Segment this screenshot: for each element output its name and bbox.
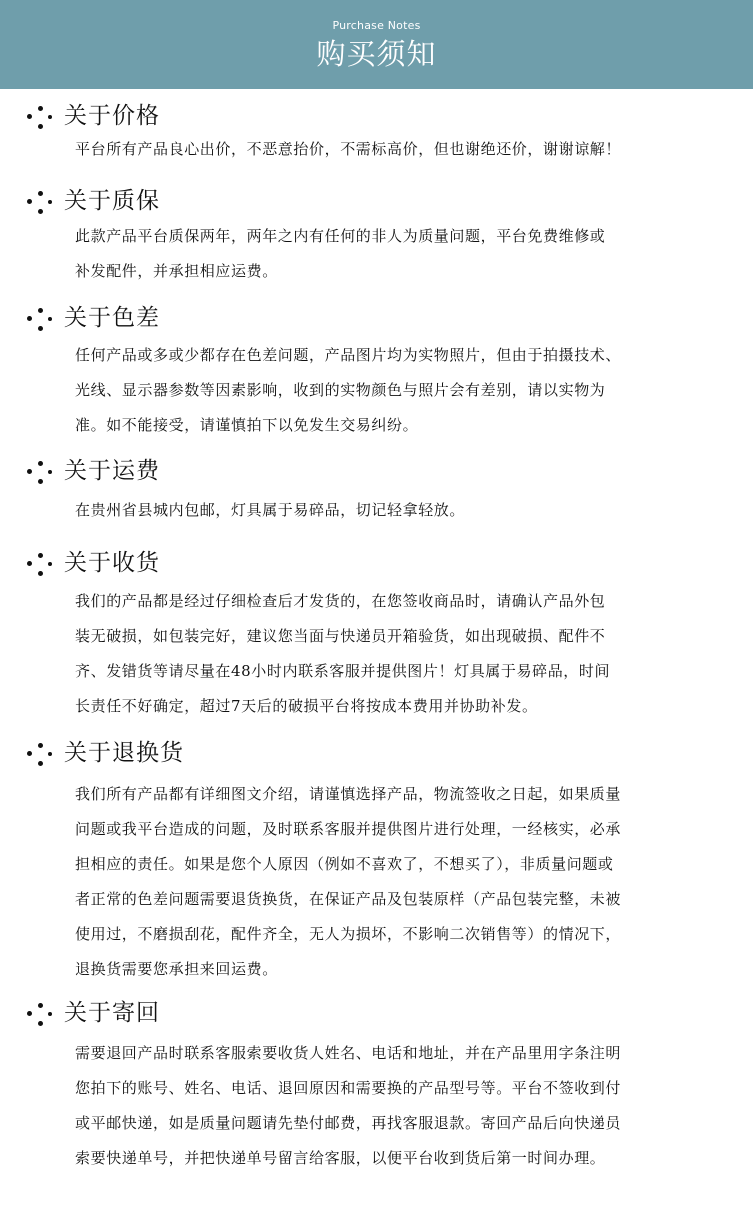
body-line: 此款产品平台质保两年，两年之内有任何的非人为质量问题，平台免费维修或 [75,219,715,254]
body-line: 补发配件，并承担相应运费。 [75,254,715,289]
section-body: 此款产品平台质保两年，两年之内有任何的非人为质量问题，平台免费维修或 补发配件，… [75,219,715,289]
body-line: 光线、显示器参数等因素影响，收到的实物颜色与照片会有差别，请以实物为 [75,373,715,408]
purchase-notes-banner: Purchase Notes 购买须知 [0,0,753,89]
body-line: 我们的产品都是经过仔细检查后才发货的，在您签收商品时，请确认产品外包 [75,584,715,619]
four-dot-bullet-icon [22,1000,48,1026]
body-line: 担相应的责任。如果是您个人原因（例如不喜欢了，不想买了），非质量问题或 [75,847,715,882]
section-heading: 关于质保 [22,185,160,217]
four-dot-bullet-icon [22,550,48,576]
section-body: 我们的产品都是经过仔细检查后才发货的，在您签收商品时，请确认产品外包 装无破损，… [75,584,715,724]
section-heading: 关于退换货 [22,737,184,769]
section-heading: 关于色差 [22,302,160,334]
section-body: 在贵州省县城内包邮，灯具属于易碎品，切记轻拿轻放。 [75,493,715,528]
banner-title: 购买须知 [0,34,753,74]
body-line: 者正常的色差问题需要退货换货，在保证产品及包装原样（产品包装完整，未被 [75,882,715,917]
section-title: 关于寄回 [64,997,160,1029]
body-line: 平台所有产品良心出价，不恶意抬价，不需标高价，但也谢绝还价，谢谢谅解！ [75,132,715,167]
body-line: 需要退回产品时联系客服索要收货人姓名、电话和地址，并在产品里用字条注明 [75,1036,715,1071]
section-title: 关于价格 [64,100,160,132]
body-line: 装无破损，如包装完好，建议您当面与快递员开箱验货，如出现破损、配件不 [75,619,715,654]
section-body: 平台所有产品良心出价，不恶意抬价，不需标高价，但也谢绝还价，谢谢谅解！ [75,132,715,167]
four-dot-bullet-icon [22,740,48,766]
section-body: 需要退回产品时联系客服索要收货人姓名、电话和地址，并在产品里用字条注明 您拍下的… [75,1036,715,1176]
section-heading: 关于收货 [22,547,160,579]
body-line: 在贵州省县城内包邮，灯具属于易碎品，切记轻拿轻放。 [75,493,715,528]
four-dot-bullet-icon [22,458,48,484]
section-title: 关于运费 [64,455,160,487]
four-dot-bullet-icon [22,188,48,214]
section-title: 关于质保 [64,185,160,217]
body-line: 任何产品或多或少都存在色差问题，产品图片均为实物照片，但由于拍摄技术、 [75,338,715,373]
four-dot-bullet-icon [22,103,48,129]
body-line: 您拍下的账号、姓名、电话、退回原因和需要换的产品型号等。平台不签收到付 [75,1071,715,1106]
section-title: 关于退换货 [64,737,184,769]
body-line: 长责任不好确定，超过7天后的破损平台将按成本费用并协助补发。 [75,689,715,724]
section-heading: 关于价格 [22,100,160,132]
section-body: 任何产品或多或少都存在色差问题，产品图片均为实物照片，但由于拍摄技术、 光线、显… [75,338,715,443]
section-title: 关于收货 [64,547,160,579]
body-line: 退换货需要您承担来回运费。 [75,952,715,987]
section-title: 关于色差 [64,302,160,334]
section-body: 我们所有产品都有详细图文介绍，请谨慎选择产品，物流签收之日起，如果质量 问题或我… [75,777,715,987]
body-line: 齐、发错货等请尽量在48小时内联系客服并提供图片！灯具属于易碎品，时间 [75,654,715,689]
banner-subtitle: Purchase Notes [0,19,753,33]
section-heading: 关于寄回 [22,997,160,1029]
body-line: 索要快递单号，并把快递单号留言给客服，以便平台收到货后第一时间办理。 [75,1141,715,1176]
body-line: 问题或我平台造成的问题，及时联系客服并提供图片进行处理，一经核实，必承 [75,812,715,847]
body-line: 准。如不能接受，请谨慎拍下以免发生交易纠纷。 [75,408,715,443]
body-line: 或平邮快递，如是质量问题请先垫付邮费，再找客服退款。寄回产品后向快递员 [75,1106,715,1141]
section-heading: 关于运费 [22,455,160,487]
body-line: 使用过，不磨损刮花，配件齐全，无人为损坏，不影响二次销售等）的情况下， [75,917,715,952]
four-dot-bullet-icon [22,305,48,331]
body-line: 我们所有产品都有详细图文介绍，请谨慎选择产品，物流签收之日起，如果质量 [75,777,715,812]
